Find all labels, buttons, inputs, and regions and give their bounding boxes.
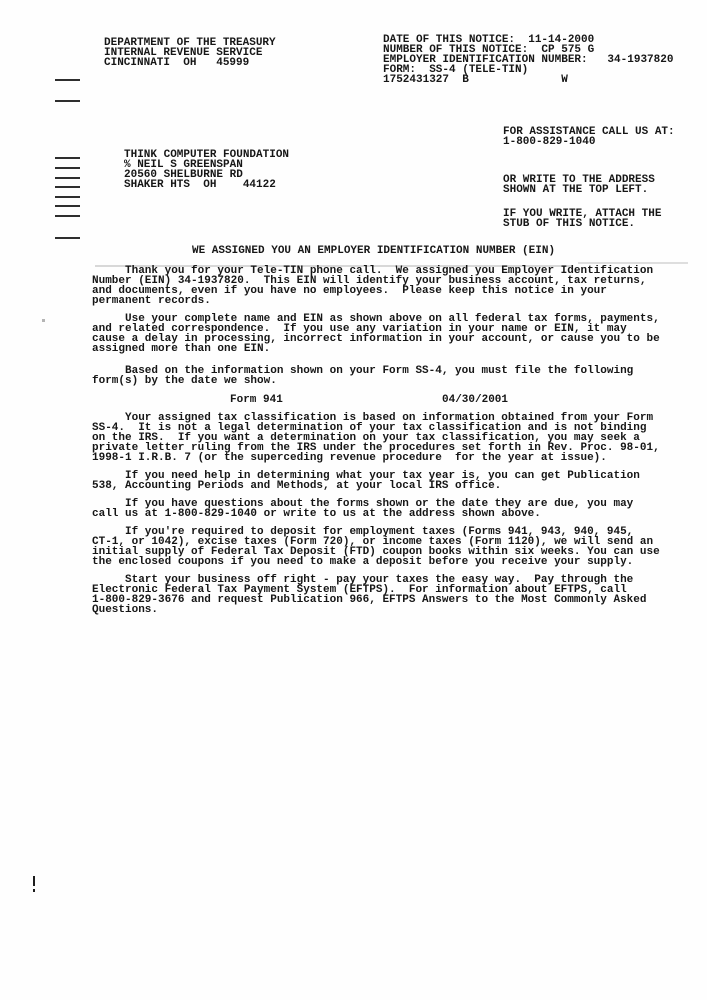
text-line: call us at 1-800-829-1040 or write to us…	[92, 509, 692, 519]
scan-mark-exclamation	[33, 889, 35, 892]
filing-due-date: 04/30/2001	[442, 395, 508, 405]
scan-alignment-mark	[55, 205, 80, 207]
scan-smudge	[578, 262, 688, 264]
text-line: 1998-1 I.R.B. 7 (or the superceding reve…	[92, 453, 692, 463]
text-line: the enclosed coupons if you need to make…	[92, 557, 692, 567]
text-line: assigned more than one EIN.	[92, 344, 692, 354]
scan-alignment-mark	[55, 79, 80, 81]
notice-paragraph: If you need help in determining what you…	[92, 471, 692, 491]
scan-alignment-mark	[55, 237, 80, 239]
scan-alignment-mark	[55, 215, 80, 217]
notice-meta-block: DATE OF THIS NOTICE: 11-14-2000NUMBER OF…	[383, 35, 673, 85]
text-line: 1752431327 B W	[383, 75, 673, 85]
text-line: 1-800-829-1040	[503, 137, 675, 147]
irs-notice-document: DEPARTMENT OF THE TREASURYINTERNAL REVEN…	[0, 0, 707, 1000]
text-line: form(s) by the date we show.	[92, 376, 692, 386]
text-line: SHAKER HTS OH 44122	[124, 180, 289, 190]
assistance-attach-block: IF YOU WRITE, ATTACH THESTUB OF THIS NOT…	[503, 209, 661, 229]
notice-paragraph: Use your complete name and EIN as shown …	[92, 314, 692, 354]
text-line: Questions.	[92, 605, 692, 615]
scan-alignment-mark	[55, 100, 80, 102]
text-line: SHOWN AT THE TOP LEFT.	[503, 185, 655, 195]
text-line: 1-800-829-3676 and request Publication 9…	[92, 595, 692, 605]
notice-paragraph: If you have questions about the forms sh…	[92, 499, 692, 519]
notice-body: Thank you for your Tele-TIN phone call. …	[92, 266, 692, 615]
notice-paragraph: Start your business off right - pay your…	[92, 575, 692, 615]
scan-mark-exclamation	[33, 876, 35, 886]
text-line: CINCINNATI OH 45999	[104, 58, 276, 68]
agency-address-block: DEPARTMENT OF THE TREASURYINTERNAL REVEN…	[104, 38, 276, 68]
notice-title: WE ASSIGNED YOU AN EMPLOYER IDENTIFICATI…	[192, 246, 555, 256]
notice-paragraph: Your assigned tax classification is base…	[92, 413, 692, 463]
text-line: 538, Accounting Periods and Methods, at …	[92, 481, 692, 491]
notice-paragraph: Thank you for your Tele-TIN phone call. …	[92, 266, 692, 306]
scan-alignment-mark	[55, 177, 80, 179]
scan-alignment-mark	[55, 167, 80, 169]
scan-alignment-mark	[55, 196, 80, 198]
text-line: STUB OF THIS NOTICE.	[503, 219, 661, 229]
scan-alignment-mark	[55, 186, 80, 188]
filing-schedule-row: Form 941 04/30/2001	[92, 395, 692, 405]
recipient-address-block: THINK COMPUTER FOUNDATION% NEIL S GREENS…	[124, 150, 289, 190]
scan-alignment-mark	[55, 157, 80, 159]
text-line: permanent records.	[92, 296, 692, 306]
assistance-write-block: OR WRITE TO THE ADDRESSSHOWN AT THE TOP …	[503, 175, 655, 195]
filing-form-name: Form 941	[230, 395, 283, 405]
notice-paragraph: Based on the information shown on your F…	[92, 366, 692, 386]
assistance-call-block: FOR ASSISTANCE CALL US AT:1-800-829-1040	[503, 127, 675, 147]
notice-paragraph: If you're required to deposit for employ…	[92, 527, 692, 567]
scan-speck	[42, 319, 45, 322]
